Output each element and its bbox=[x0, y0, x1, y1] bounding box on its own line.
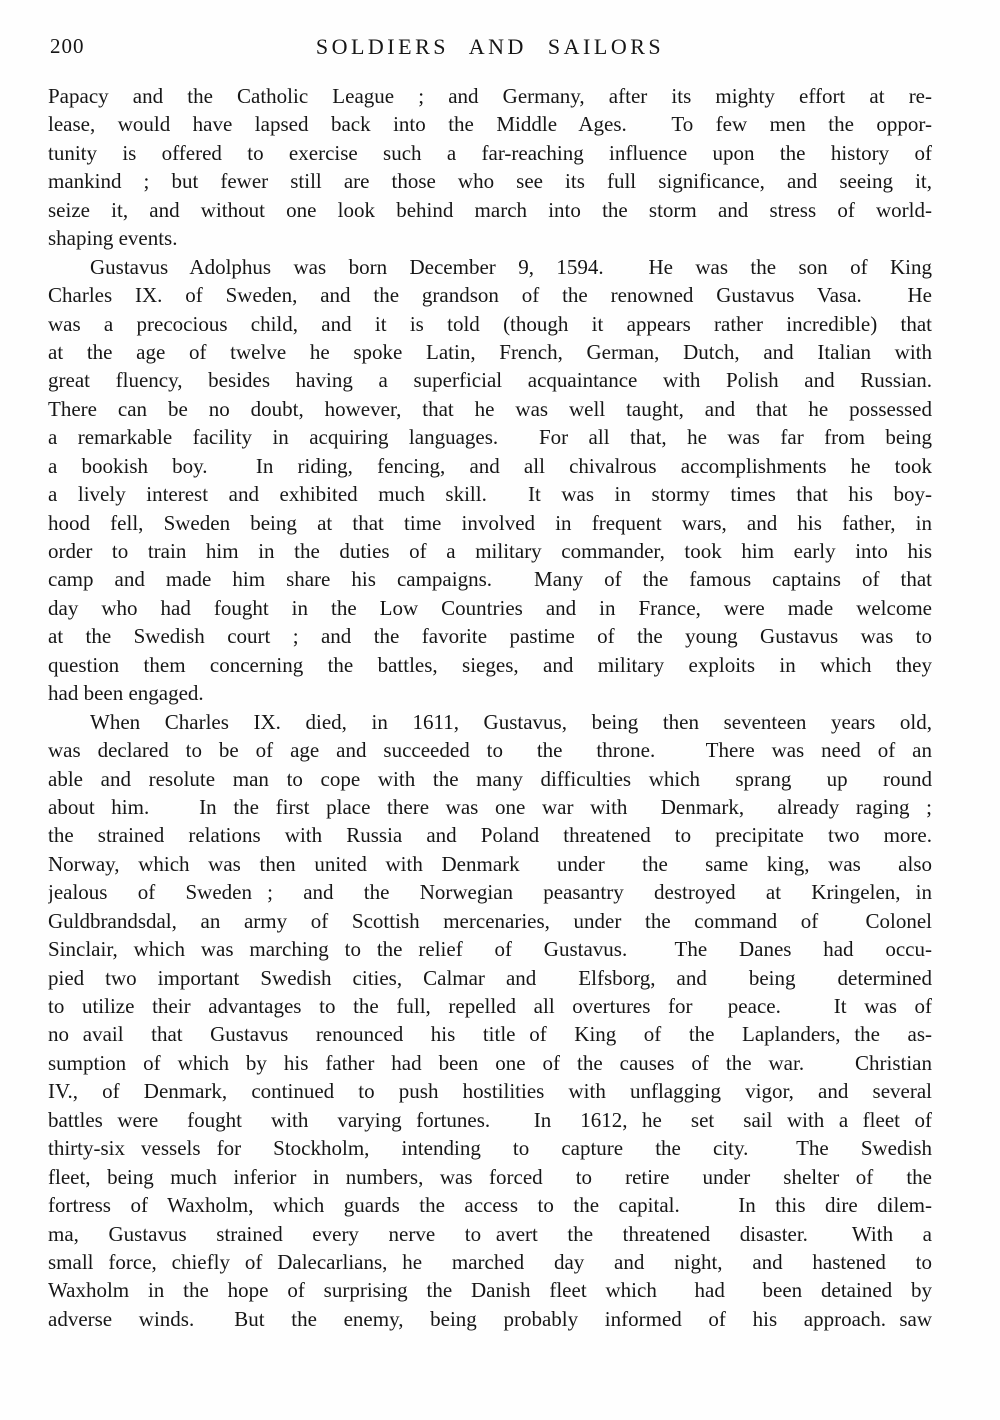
text-body: Papacy and the Catholic League ; and Ger… bbox=[48, 82, 932, 1333]
running-title: SOLDIERS AND SAILORS bbox=[48, 34, 932, 60]
text-line: sumption of which by his father had been… bbox=[48, 1049, 932, 1077]
text-line: jealous of Sweden ; and the Norwegian pe… bbox=[48, 878, 932, 906]
text-line: Papacy and the Catholic League ; and Ger… bbox=[48, 82, 932, 110]
text-line: the strained relations with Russia and P… bbox=[48, 821, 932, 849]
text-line: When Charles IX. died, in 1611, Gustavus… bbox=[48, 708, 932, 736]
text-line: great fluency, besides having a superfic… bbox=[48, 366, 932, 394]
text-line: pied two important Swedish cities, Calma… bbox=[48, 964, 932, 992]
text-line: Waxholm in the hope of surprising the Da… bbox=[48, 1276, 932, 1304]
text-line: Sinclair, which was marching to the reli… bbox=[48, 935, 932, 963]
text-line: There can be no doubt, however, that he … bbox=[48, 395, 932, 423]
text-line: Norway, which was then united with Denma… bbox=[48, 850, 932, 878]
page-number: 200 bbox=[50, 34, 85, 59]
text-line: IV., of Denmark, continued to push hosti… bbox=[48, 1077, 932, 1105]
text-line: about him. In the first place there was … bbox=[48, 793, 932, 821]
text-line: a lively interest and exhibited much ski… bbox=[48, 480, 932, 508]
text-line: at the age of twelve he spoke Latin, Fre… bbox=[48, 338, 932, 366]
text-line: fleet, being much inferior in numbers, w… bbox=[48, 1163, 932, 1191]
paragraph: Papacy and the Catholic League ; and Ger… bbox=[48, 82, 932, 253]
text-line: tunity is offered to exercise such a far… bbox=[48, 139, 932, 167]
text-line: question them concerning the battles, si… bbox=[48, 651, 932, 679]
text-line: was a precocious child, and it is told (… bbox=[48, 310, 932, 338]
text-line: camp and made him share his campaigns. M… bbox=[48, 565, 932, 593]
text-line: seize it, and without one look behind ma… bbox=[48, 196, 932, 224]
text-line: fortress of Waxholm, which guards the ac… bbox=[48, 1191, 932, 1219]
text-line: Charles IX. of Sweden, and the grandson … bbox=[48, 281, 932, 309]
text-line: was declared to be of age and succeeded … bbox=[48, 736, 932, 764]
paragraph: Gustavus Adolphus was born December 9, 1… bbox=[48, 253, 932, 708]
text-line: no avail that Gustavus renounced his tit… bbox=[48, 1020, 932, 1048]
book-page: 200 SOLDIERS AND SAILORS Papacy and the … bbox=[0, 0, 1000, 1420]
text-line: ma, Gustavus strained every nerve to ave… bbox=[48, 1220, 932, 1248]
text-line: Guldbrandsdal, an army of Scottish merce… bbox=[48, 907, 932, 935]
text-line: at the Swedish court ; and the favorite … bbox=[48, 622, 932, 650]
text-line: battles were fought with varying fortune… bbox=[48, 1106, 932, 1134]
text-line: adverse winds. But the enemy, being prob… bbox=[48, 1305, 932, 1333]
paragraph: When Charles IX. died, in 1611, Gustavus… bbox=[48, 708, 932, 1334]
text-line: shaping events. bbox=[48, 224, 932, 252]
text-line: a bookish boy. In riding, fencing, and a… bbox=[48, 452, 932, 480]
text-line: mankind ; but fewer still are those who … bbox=[48, 167, 932, 195]
text-line: order to train him in the duties of a mi… bbox=[48, 537, 932, 565]
text-line: day who had fought in the Low Countries … bbox=[48, 594, 932, 622]
text-line: hood fell, Sweden being at that time inv… bbox=[48, 509, 932, 537]
text-line: small force, chiefly of Dalecarlians, he… bbox=[48, 1248, 932, 1276]
page-header: 200 SOLDIERS AND SAILORS bbox=[48, 34, 932, 64]
text-line: to utilize their advantages to the full,… bbox=[48, 992, 932, 1020]
text-line: lease, would have lapsed back into the M… bbox=[48, 110, 932, 138]
text-line: Gustavus Adolphus was born December 9, 1… bbox=[48, 253, 932, 281]
text-line: thirty-six vessels for Stockholm, intend… bbox=[48, 1134, 932, 1162]
text-line: had been engaged. bbox=[48, 679, 932, 707]
text-line: a remarkable facility in acquiring langu… bbox=[48, 423, 932, 451]
text-line: able and resolute man to cope with the m… bbox=[48, 765, 932, 793]
